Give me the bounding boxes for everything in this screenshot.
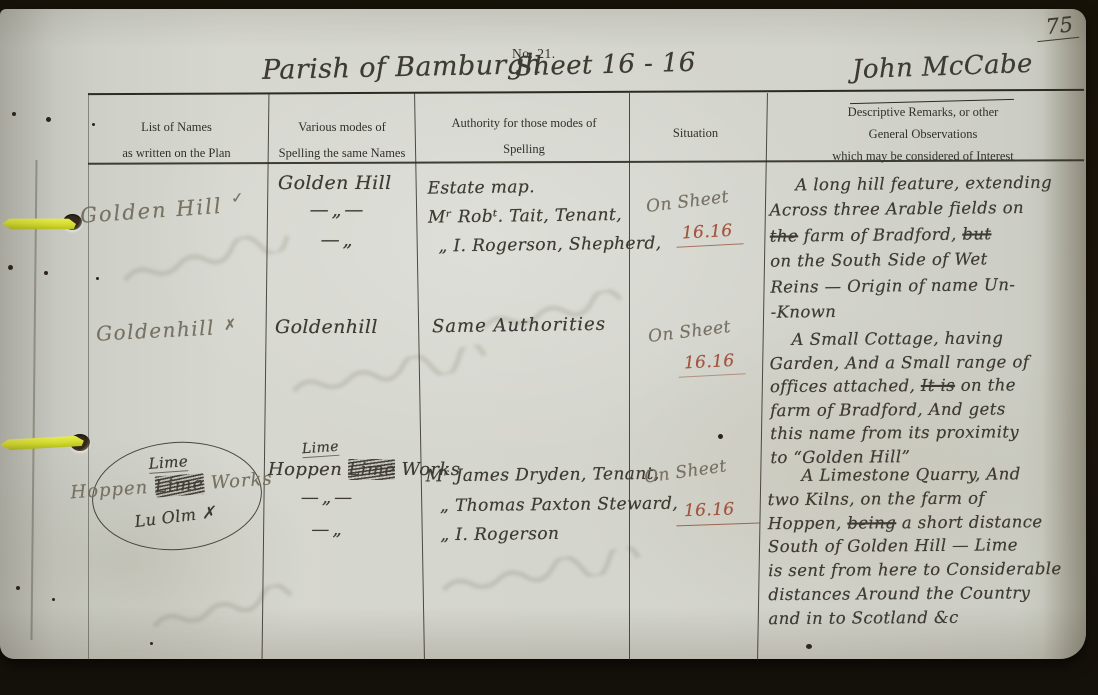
worm-hole [46,117,51,122]
header-line: Spelling the same Names [265,140,419,166]
remark-line: on the South Side of Wet [770,246,1088,275]
row3-authority: Mʳ James Dryden, Tenant, „ Thomas Paxton… [426,460,679,551]
row2-sheet-number: 16.16 [677,350,745,377]
remark-line: Reins — Origin of name Un- [770,271,1088,300]
header-line: General Observations [762,123,1084,145]
header-line: List of Names [88,114,265,140]
authority-line: Same Authorities [432,314,606,337]
column-header-names: List of Names as written on the Plan [88,114,265,166]
page-number: 75 [1035,12,1079,42]
remark-line: Garden, And a Small range of [770,349,1088,375]
header-line: Descriptive Remarks, or other [762,101,1084,123]
worm-hole [150,642,153,645]
remark-line: this name from its proximity [770,420,1088,446]
column-header-remarks: Descriptive Remarks, or other General Ob… [762,101,1084,167]
remark-line: farm of Bradford, And gets [770,397,1088,423]
row1-sheet-number: 16.16 [675,220,743,247]
row2-authority: Same Authorities [432,314,606,337]
ditto-mark: —„— [268,480,388,516]
row2-remarks: A Small Cottage, having Garden, And a Sm… [770,326,1089,470]
remark-line: the farm of Bradford, but [770,220,1088,249]
worm-hole [52,598,55,601]
remark-line: offices attached, It is on the [770,373,1088,399]
worm-hole [96,277,99,280]
ink-spot [806,644,812,649]
header-line: which may be considered of Interest [762,145,1084,167]
row1-remarks: A long hill feature, extending Across th… [769,169,1089,325]
ditto-mark: —„ [268,516,388,544]
worm-hole [12,112,16,116]
remark-line: distances Around the Country [768,581,1090,607]
worm-hole [8,265,13,270]
header-line: Authority for those modes of [419,110,629,136]
remark-line: Across three Arable fields on [769,195,1087,224]
inserted-word: Lime [148,452,189,474]
spelling-line: Goldenhill [275,316,378,338]
checker-note: Lu Olm ✗ [134,502,217,531]
worm-hole [44,271,48,275]
authority-line: Mʳ James Dryden, Tenant, [426,460,678,492]
remark-line: two Kilns, on the farm of [768,486,1090,512]
remark-line: South of Golden Hill — Lime [768,533,1090,559]
check-mark: ✓ [230,188,246,207]
remark-line: A Small Cottage, having [770,326,1088,352]
worm-hole [16,586,20,590]
column-header-situation: Situation [629,120,762,146]
authority-line: „ I. Rogerson, Shepherd, [428,229,662,261]
column-header-spelling: Various modes of Spelling the same Names [265,114,419,166]
remark-line: -Known [771,296,1089,325]
row1-authority: Estate map. Mʳ Robᵗ. Tait, Tenant, „ I. … [427,171,661,261]
remark-line: is sent from here to Considerable [768,557,1090,583]
header-line: Situation [629,120,762,146]
remark-line: Hoppen, being a short distance [768,509,1090,535]
name-book-photo: 75 No. 21. Parish of Bamburgh Sheet 16 -… [0,0,1098,695]
header-line: Various modes of [265,114,419,140]
table-left-border [88,93,89,660]
row2-spelling: Goldenhill [275,316,378,338]
row1-spelling: Golden Hill —„— —„ [278,172,398,254]
header-line: Spelling [419,136,629,162]
sheet-number: Sheet 16 - 16 [515,48,696,83]
ditto-mark: —„— [278,194,398,226]
row3-remarks: A Limestone Quarry, And two Kilns, on th… [767,462,1090,631]
cross-mark: ✗ [223,315,238,334]
examiner-signature: John McCabe [852,49,1034,85]
header-line: as written on the Plan [88,140,265,166]
column-header-authority: Authority for those modes of Spelling [419,110,629,162]
inserted-word: Lime [301,439,339,459]
spelling-line: Golden Hill [278,172,398,194]
authority-line: Mʳ Robᵗ. Tait, Tenant, [428,200,662,232]
authority-line: „ Thomas Paxton Steward, [426,489,678,521]
remark-line: A Limestone Quarry, And [767,462,1089,488]
authority-line: Estate map. [427,171,661,203]
parish-title: Parish of Bamburgh [262,49,543,86]
remark-line: A long hill feature, extending [769,169,1087,198]
ditto-mark: —„ [278,226,398,254]
row3-sheet-number: 16.16 [676,499,759,527]
remark-line: and in to Scotland &c [768,605,1090,631]
ink-spot [718,434,723,439]
authority-line: „ I. Rogerson [426,519,678,551]
